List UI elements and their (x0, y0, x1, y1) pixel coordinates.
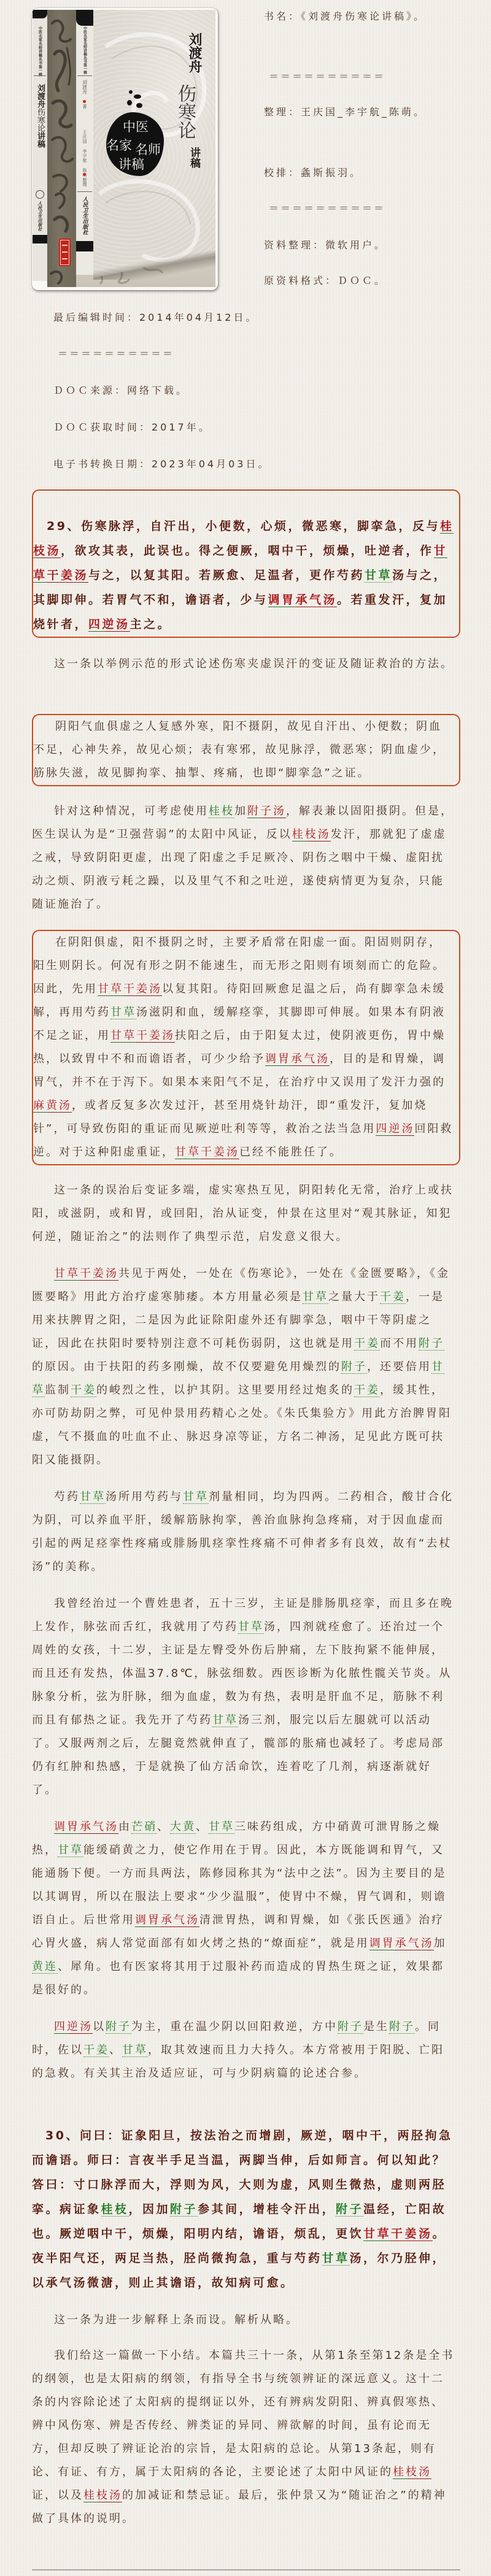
paragraph: 这一条的误治后变证多端，虚实寒热互见，阴阳转化无常，治疗上或扶阳，或滋阴，或和胃… (32, 1179, 455, 1249)
panel-editors-role: 整理 (82, 178, 88, 186)
conversion-date: 电子书转换日期：2023年04月03日。 (53, 458, 270, 471)
publisher-logo-icon (36, 190, 44, 199)
herb-link[interactable]: 附子 (419, 1337, 444, 1351)
text-run: ，或者反复多次发过汗，甚至用烧针劫汗，即“重发汗，复加烧针”，可导致伤阳的重证而… (33, 1099, 427, 1135)
book-cover-image: 中医名家名师讲稿丛书第一辑 刘渡舟伤寒论讲稿 人民卫生出版社 (32, 8, 218, 290)
analysis-paragraph: 阴阳气血俱虚之人复感外寒，阳不摄阴，故见自汗出、小便数；阴血不足，心神失养，故见… (33, 715, 454, 785)
formula-link[interactable]: 调胃承气汤 (369, 1937, 434, 1950)
text-run: 这一条为进一步解释上条而设。解析从略。 (54, 2313, 299, 2326)
text-run: 证，以及 (32, 2489, 83, 2502)
emblem-line-2a: 名家 (106, 139, 132, 152)
text-run: 与之，以复其阳。若厥愈、足温者，更作芍药 (88, 569, 365, 582)
ebook-page: 中医名家名师讲稿丛书第一辑 刘渡舟伤寒论讲稿 人民卫生出版社 (0, 0, 491, 2576)
text-run: 、 (196, 1820, 209, 1833)
panel-divider (77, 191, 92, 192)
text-run: 由 (118, 1820, 131, 1833)
analysis-box: 阴阳气血俱虚之人复感外寒，阳不摄阴，故见自汗出、小便数；阴血不足，心神失养，故见… (32, 714, 460, 786)
article-body: 29、伤寒脉浮，自汗出，小便数，心烦，微恶寒，脚挛急，反与桂枝汤，欲攻其表，此误… (32, 489, 460, 2531)
panel-publisher: 人民卫生出版社 (81, 196, 89, 235)
paragraph: 四逆汤以附子为主，重在温少阴以回阳救逆，方中附子是生附子。同时，佐以干姜、甘草，… (32, 2015, 455, 2085)
formula-link[interactable]: 麻黄汤 (33, 1099, 72, 1113)
separator: ＝＝＝＝＝＝＝＝＝＝ (269, 202, 385, 215)
doc-source: ＤＯＣ来源：网络下载。 (53, 384, 188, 397)
formula-link[interactable]: 甘草干姜汤 (54, 1267, 118, 1281)
clause-29-summary: 这一条以举例示范的形式论述伤寒夹虚误汗的变证及随证救治的方法。 (32, 653, 455, 676)
red-dot-icon (83, 100, 86, 103)
spine-author: 刘渡舟 (36, 84, 45, 108)
last-edited: 最后编辑时间：2014年04月12日。 (53, 311, 258, 324)
herb-link[interactable]: 干姜 (380, 1290, 406, 1304)
formula-link[interactable]: 甘草干姜汤 (363, 2227, 433, 2241)
ink-splatter (127, 100, 132, 105)
ink-splatter (136, 103, 142, 108)
text-run: 是生 (363, 2020, 389, 2033)
paragraph: 甘草干姜汤共见于两处，一处在《伤寒论》，一处在《金匮要略》，《金匮要略》用此方治… (32, 1262, 455, 1472)
chapter-summary: 我们给这一篇做一下小结。本篇共三十一条，从第1条至第12条是全书的纲领，也是太阳… (32, 2344, 455, 2531)
book-name: 书名：《刘渡舟伤寒论讲稿》。 (264, 10, 426, 23)
front-cover: 中医 名家 名师 讲稿 刘渡舟 伤寒论 讲稿 (93, 10, 215, 278)
herb-link[interactable]: 甘草 (238, 1620, 264, 1634)
text-run: 主之。 (130, 618, 172, 631)
spine-book-title: 伤寒论 (36, 108, 45, 132)
herb-link[interactable]: 附子 (170, 2202, 198, 2217)
editors-credit: 整理：王庆国_李宇航_陈萌。 (264, 105, 426, 119)
separator: ＝＝＝＝＝＝＝＝＝＝ (269, 70, 385, 83)
spine-publisher: 人民卫生出版社 (37, 201, 43, 231)
text-run: ，因加 (129, 2202, 171, 2216)
herb-link[interactable]: 大黄 (170, 1820, 196, 1834)
original-format: 原资料格式：ＤＯＣ。 (264, 274, 387, 288)
herb-link[interactable]: 甘草 (365, 569, 392, 583)
text-run: 这一条的误治后变证多端，虚实寒热互见，阴阳转化无常，治疗上或扶阳，或滋阴，或和胃… (32, 1184, 454, 1243)
case-paragraph: 我曾经治过一个曹姓患者，五十三岁，主证是腓肠肌痉挛，而且多在晚上发作，脉弦而舌红… (32, 1592, 455, 1802)
formula-link[interactable]: 调胃承气汤 (268, 593, 338, 607)
red-seal-icon (59, 239, 71, 266)
emblem-line-3: 讲稿 (118, 158, 144, 171)
text-run: 的峻烈之性，以护其阴。这里要用经过炮炙的 (96, 1384, 354, 1397)
bottom-divider (32, 2569, 460, 2570)
herb-link[interactable]: 黄连 (32, 1960, 58, 1974)
text-run: 已经不能胜任了。 (239, 1146, 342, 1159)
ink-splatter (134, 94, 141, 99)
cover-title-author: 刘渡舟 (187, 33, 201, 73)
formula-link[interactable]: 调胃承气汤 (135, 1914, 199, 1927)
analysis-box: 在阴阳俱虚，阳不摄阴之时，主要矛盾常在阳虚一面。阳固则阴存，阳生则阴长。何况有形… (32, 930, 460, 1165)
herb-link[interactable]: 甘草 (80, 1490, 106, 1504)
text-run: 、犀角。也有医家将其用于过服补药而造成的胃热生斑之证，效果都是很好的。 (32, 1960, 444, 1996)
paragraph: 针对这种情况，可考虑使用桂枝加附子汤，解表兼以固阳摄阴。但是，医生误认为是“卫强… (32, 800, 455, 916)
herb-link[interactable]: 桂枝 (101, 2202, 129, 2217)
panel-series-title: 中医名家名师讲稿丛书第一辑 (82, 26, 88, 74)
herb-link[interactable]: 附子 (389, 2020, 415, 2034)
text-run: 而不用 (380, 1337, 419, 1350)
formula-link[interactable]: 桂枝汤 (292, 828, 331, 841)
formula-link[interactable]: 甘草干姜汤 (98, 983, 162, 996)
formula-link[interactable]: 四逆汤 (376, 1122, 414, 1136)
calligraphy-strip (47, 10, 76, 287)
cover-title-sub: 讲稿 (188, 147, 199, 168)
herb-link[interactable]: 干姜 (83, 2044, 109, 2057)
formula-link[interactable]: 附子汤 (247, 805, 286, 818)
ink-splatter (129, 90, 133, 94)
text-run: 监制 (45, 1384, 71, 1397)
text-run: 加 (434, 1937, 447, 1950)
herb-link[interactable]: 桂枝 (209, 805, 234, 818)
herb-link[interactable]: 甘草 (209, 1820, 234, 1834)
paragraph: 调胃承气汤由芒硝、大黄、甘草三味药组成，方中硝黄可泄胃肠之燥热，甘草能缓硝黄之力… (32, 1815, 455, 2002)
separator: ＝＝＝＝＝＝＝＝＝＝ (58, 347, 174, 361)
formula-link[interactable]: 调胃承气汤 (265, 1052, 330, 1066)
formula-link[interactable]: 甘草干姜汤 (175, 1146, 239, 1159)
text-run: 为主，重在温少阴以回阳救逆，方中 (131, 2020, 338, 2033)
typesetting-credit: 校排：螽斯振羽。 (264, 166, 362, 180)
panel-author: 刘渡舟 (82, 80, 88, 94)
text-run: ，还要倍用 (367, 1360, 431, 1373)
formula-link[interactable]: 四逆汤 (88, 618, 130, 632)
cover-fold-shadow (93, 250, 215, 280)
clause-30-summary: 这一条为进一步解释上条而设。解析从略。 (32, 2309, 455, 2332)
book-spine: 中医名家名师讲稿丛书第一辑 刘渡舟伤寒论讲稿 人民卫生出版社 (33, 10, 48, 281)
clause-29-text: 29、伤寒脉浮，自汗出，小便数，心烦，微恶寒，脚挛急，反与桂枝汤，欲攻其表，此误… (33, 514, 454, 637)
text-run: 的原因。由于扶阳的药多刚燥，故不仅要避免用燥烈的 (32, 1360, 341, 1373)
formula-link[interactable]: 甘草干姜汤 (110, 1029, 175, 1043)
formula-link[interactable]: 桂枝汤 (393, 2466, 431, 2479)
red-dot-icon (83, 173, 86, 176)
formula-link[interactable]: 四逆汤 (54, 2020, 93, 2034)
spine-title: 刘渡舟伤寒论讲稿 (36, 84, 44, 148)
panel-divider (77, 75, 92, 76)
text-run: 29、伤寒脉浮，自汗出，小便数，心烦，微恶寒，脚挛急，反与 (47, 519, 440, 533)
ink-emblem: 中医 名家 名师 讲稿 (106, 112, 164, 176)
text-run: 我们给这一篇做一下小结。本篇共三十一条，从第1条至第12条是全书的纲领，也是太阳… (32, 2349, 454, 2478)
paragraph: 芍药甘草汤所用芍药与甘草剂量相同，均为四两。二药相合，酸甘合化为阴，可以养血平肝… (32, 1485, 455, 1579)
text-run: 以 (93, 2020, 106, 2033)
herb-link[interactable]: 附子 (336, 2202, 363, 2217)
spine-divider (34, 75, 46, 76)
text-run: 参其间，增桂令汗出， (198, 2202, 336, 2216)
book-side-panel: 中医名家名师讲稿丛书第一辑 刘渡舟 著 王庆国 李宇航 陈萌 整理 人民卫生出版… (76, 10, 94, 275)
book-illustration: 中医名家名师讲稿丛书第一辑 刘渡舟伤寒论讲稿 人民卫生出版社 (33, 10, 215, 287)
text-run: 、 (109, 2044, 122, 2057)
herb-link[interactable]: 甘草 (110, 1006, 136, 1019)
herb-link[interactable]: 甘草 (122, 2044, 148, 2057)
text-run: 汤所用芍药与 (106, 1490, 183, 1503)
spine-top-band (33, 10, 47, 18)
herb-link[interactable]: 芒硝 (131, 1820, 157, 1834)
doc-obtained: ＤＯＣ获取时间：2017年。 (53, 421, 211, 434)
panel-editors: 王庆国 李宇航 陈萌 (82, 130, 88, 177)
compiled-by: 资料整理：微软用户。 (264, 239, 387, 252)
text-run: 之量大于 (328, 1290, 380, 1303)
herb-link[interactable]: 附子 (338, 2020, 363, 2034)
text-run: 这一条以举例示范的形式论述伤寒夹虚误汗的变证及随证救治的方法。 (54, 657, 454, 670)
panel-bottom-band (76, 241, 93, 251)
text-run: 汤，四剂就痊愈了。还治过一个周姓的女孩，十二岁，主证是左臀受外伤后肿痛，左下肢拘… (32, 1620, 452, 1727)
text-run: 芍药 (54, 1490, 80, 1503)
text-run: 针对这种情况，可考虑使用 (54, 805, 209, 818)
herb-link[interactable]: 干姜 (354, 1337, 380, 1351)
emblem-line-2b: 名师 (135, 143, 161, 156)
spine-bottom-band (33, 235, 47, 243)
spine-book-subtitle: 讲稿 (36, 132, 45, 148)
herb-link[interactable]: 甘草 (58, 1844, 83, 1857)
emblem-line-1: 中医 (123, 120, 149, 134)
clause-box: 29、伤寒脉浮，自汗出，小便数，心烦，微恶寒，脚挛急，反与桂枝汤，欲攻其表，此误… (32, 489, 460, 638)
herb-link[interactable]: 附子 (106, 2020, 131, 2034)
herb-link[interactable]: 甘草 (322, 2252, 350, 2266)
spine-series-title: 中医名家名师讲稿丛书第一辑 (37, 26, 43, 77)
text-run: 加 (234, 805, 247, 818)
herb-link[interactable]: 甘草 (183, 1490, 209, 1504)
herb-link[interactable]: 附子 (341, 1360, 367, 1374)
panel-top-band (76, 10, 93, 26)
text-run: 阴阳气血俱虚之人复感外寒，阳不摄阴，故见自汗出、小便数；阴血不足，心神失养，故见… (33, 720, 446, 780)
text-run: 、 (157, 1820, 170, 1833)
formula-link[interactable]: 调胃承气汤 (54, 1820, 118, 1834)
herb-link[interactable]: 甘草 (212, 1714, 238, 1727)
herb-link[interactable]: 干姜 (354, 1384, 380, 1397)
clause-30-text: 30、问曰：证象阳旦，按法治之而增剧，厥逆，咽中干，两胫拘急而谵语。师曰：言夜半… (32, 2123, 455, 2295)
herb-link[interactable]: 干姜 (71, 1384, 96, 1397)
formula-link[interactable]: 桂枝汤 (83, 2489, 122, 2502)
herb-link[interactable]: 甘草 (303, 1290, 328, 1304)
panel-author-role: 著 (82, 104, 88, 109)
text-run: ，欲攻其表，此误也。得之便厥，咽中干，烦燥，吐逆者，作 (61, 544, 434, 558)
analysis-paragraph: 在阴阳俱虚，阳不摄阴之时，主要矛盾常在阳虚一面。阳固则阴存，阳生则阴长。何况有形… (33, 931, 454, 1164)
cover-title-main: 伤寒论 (174, 84, 195, 139)
